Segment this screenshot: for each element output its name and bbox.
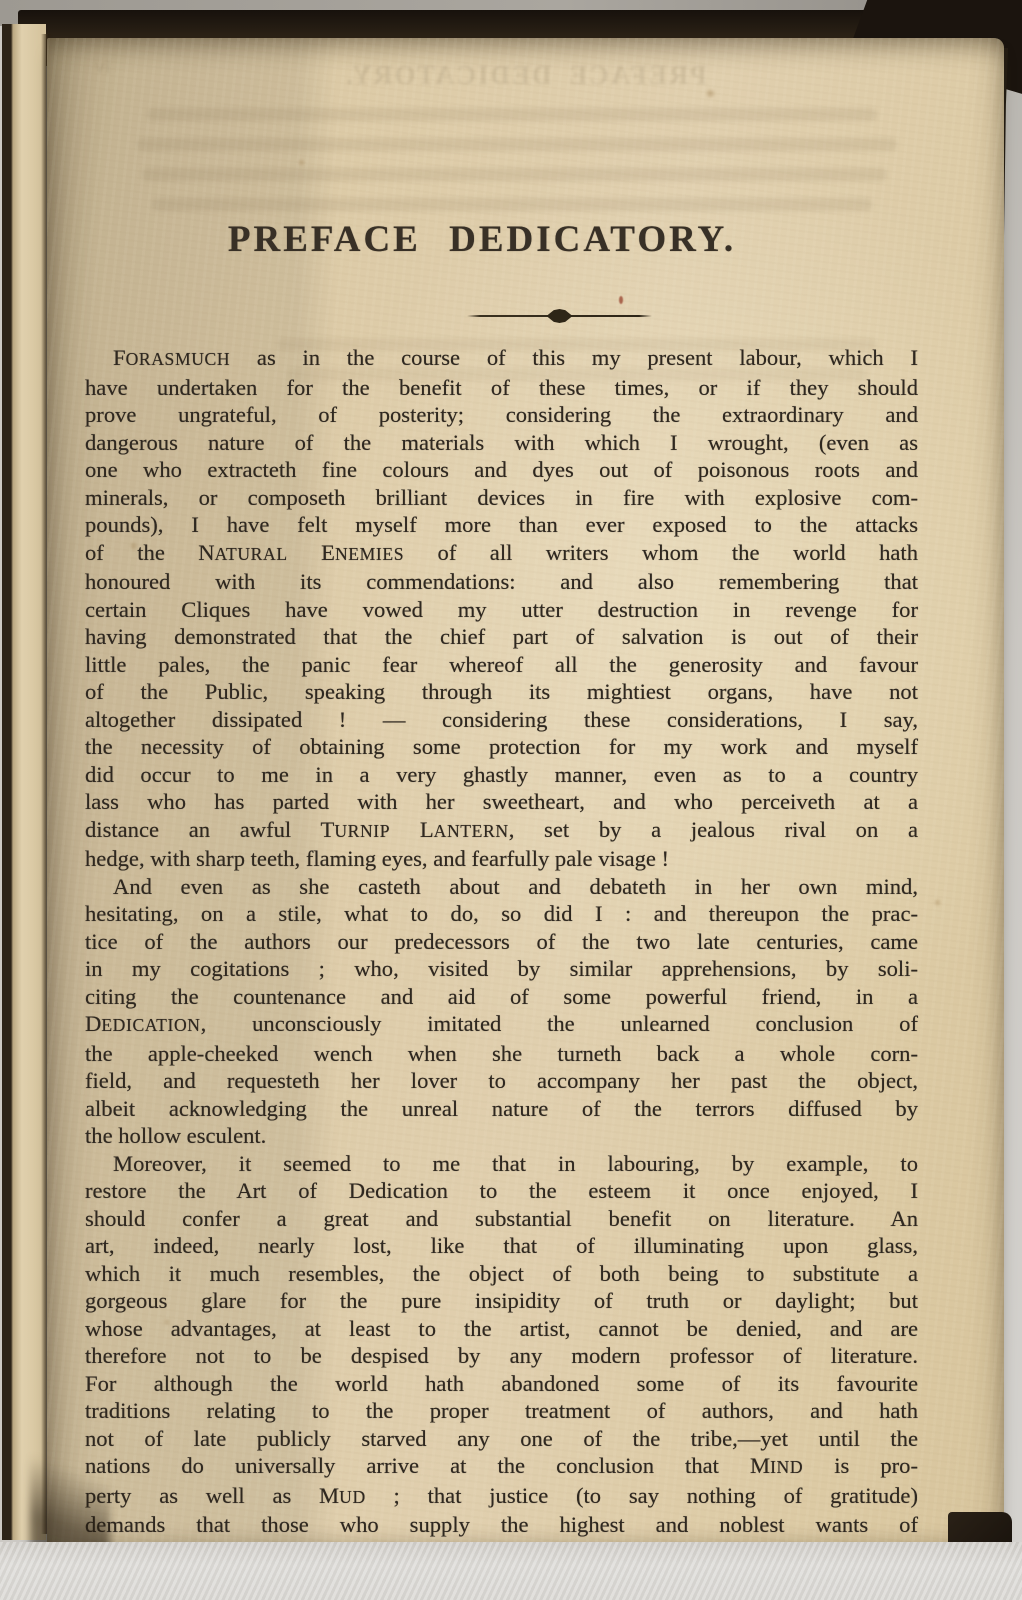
text-line: perty as well as MUD ; that justice (to … bbox=[85, 1482, 918, 1512]
text-line: whose advantages, at least to the artist… bbox=[85, 1315, 918, 1343]
body-text-block: FORASMUCH as in the course of this my pr… bbox=[85, 344, 918, 1539]
text-line: minerals, or composeth brilliant devices… bbox=[85, 484, 918, 512]
text-line: field, and requesteth her lover to accom… bbox=[85, 1067, 918, 1095]
book-photo: PREFACE DEDICATORY. iv PREFACE DEDICATOR… bbox=[0, 0, 1022, 1600]
text-line: lass who has parted with her sweetheart,… bbox=[85, 788, 918, 816]
paragraph: FORASMUCH as in the course of this my pr… bbox=[85, 344, 918, 873]
text-line: hedge, with sharp teeth, flaming eyes, a… bbox=[85, 845, 918, 873]
text-line: one who extracteth fine colours and dyes… bbox=[85, 456, 918, 484]
text-line: which it much resembles, the object of b… bbox=[85, 1260, 918, 1288]
text-line: pounds), I have felt myself more than ev… bbox=[85, 511, 918, 539]
text-line: the necessity of obtaining some protecti… bbox=[85, 733, 918, 761]
text-line: prove ungrateful, of posterity; consider… bbox=[85, 401, 918, 429]
text-line: distance an awful TURNIP LANTERN, set by… bbox=[85, 816, 918, 846]
page-title: PREFACE DEDICATORY. bbox=[47, 218, 917, 261]
showthrough-smudge bbox=[137, 138, 897, 151]
text-line: And even as she casteth about and debate… bbox=[85, 873, 918, 901]
showthrough-title: PREFACE DEDICATORY. bbox=[47, 60, 1004, 91]
red-speck bbox=[619, 296, 623, 304]
text-line: dangerous nature of the materials with w… bbox=[85, 429, 918, 457]
text-line: have undertaken for the benefit of these… bbox=[85, 374, 918, 402]
title-divider bbox=[467, 308, 652, 324]
text-line: DEDICATION, unconsciously imitated the u… bbox=[85, 1010, 918, 1040]
text-line: albeit acknowledging the unreal nature o… bbox=[85, 1095, 918, 1123]
text-line: For although the world hath abandoned so… bbox=[85, 1370, 918, 1398]
text-line: certain Cliques have vowed my utter dest… bbox=[85, 596, 918, 624]
bottom-left-shadow bbox=[30, 1430, 110, 1552]
text-line: citing the countenance and aid of some p… bbox=[85, 983, 918, 1011]
photo-background-bottom bbox=[0, 1542, 1022, 1600]
text-line: restore the Art of Dedication to the est… bbox=[85, 1177, 918, 1205]
text-line: should confer a great and substantial be… bbox=[85, 1205, 918, 1233]
text-line: traditions relating to the proper treatm… bbox=[85, 1397, 918, 1425]
text-line: tice of the authors our predecessors of … bbox=[85, 928, 918, 956]
text-line: in my cogitations ; who, visited by simi… bbox=[85, 955, 918, 983]
text-line: little pales, the panic fear whereof all… bbox=[85, 651, 918, 679]
text-line: FORASMUCH as in the course of this my pr… bbox=[85, 344, 918, 374]
text-line: gorgeous glare for the pure insipidity o… bbox=[85, 1287, 918, 1315]
text-line: having demonstrated that the chief part … bbox=[85, 623, 918, 651]
foxing-spot bbox=[707, 90, 714, 97]
text-line: altogether dissipated ! — considering th… bbox=[85, 706, 918, 734]
showthrough-smudge bbox=[142, 168, 887, 181]
showthrough-smudge bbox=[152, 198, 872, 211]
paragraph: And even as she casteth about and debate… bbox=[85, 873, 918, 1150]
showthrough-smudge bbox=[147, 108, 877, 121]
text-line: the hollow esculent. bbox=[85, 1122, 918, 1150]
text-line: demands that those who supply the highes… bbox=[85, 1511, 918, 1539]
text-line: not of late publicly starved any one of … bbox=[85, 1425, 918, 1453]
foxing-spot bbox=[935, 900, 940, 905]
text-line: of the Public, speaking through its migh… bbox=[85, 678, 918, 706]
text-line: honoured with its commendations: and als… bbox=[85, 568, 918, 596]
text-line: nations do universally arrive at the con… bbox=[85, 1452, 918, 1482]
book-page: PREFACE DEDICATORY. iv PREFACE DEDICATOR… bbox=[47, 38, 1004, 1550]
facing-page-fore-edge bbox=[2, 24, 46, 1540]
text-line: therefore not to be despised by any mode… bbox=[85, 1342, 918, 1370]
text-line: hesitating, on a stile, what to do, so d… bbox=[85, 900, 918, 928]
text-line: art, indeed, nearly lost, like that of i… bbox=[85, 1232, 918, 1260]
paragraph: Moreover, it seemed to me that in labour… bbox=[85, 1150, 918, 1539]
foxing-spot bbox=[299, 160, 304, 165]
text-line: did occur to me in a very ghastly manner… bbox=[85, 761, 918, 789]
showthrough-page-number: iv bbox=[95, 56, 111, 79]
text-line: Moreover, it seemed to me that in labour… bbox=[85, 1150, 918, 1178]
text-line: the apple-cheeked wench when she turneth… bbox=[85, 1040, 918, 1068]
text-line: of the NATURAL ENEMIES of all writers wh… bbox=[85, 539, 918, 569]
diamond-ornament bbox=[547, 309, 573, 323]
